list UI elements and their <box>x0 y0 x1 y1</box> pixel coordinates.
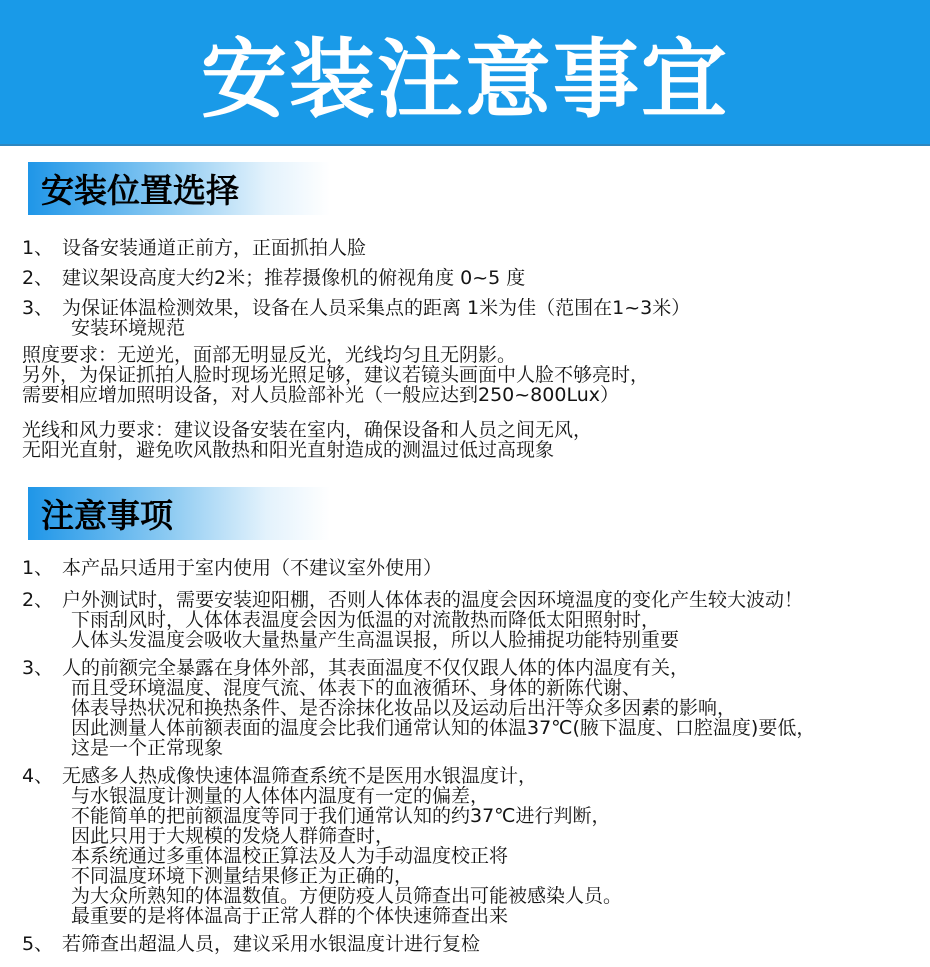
item-number: 5、 <box>22 934 62 954</box>
text-line: 安装环境规范 <box>62 318 690 338</box>
text-line: 为大众所熟知的体温数值。方便防疫人员筛查出可能被感染人员。 <box>62 886 622 906</box>
light-wind-requirements-paragraph: 光线和风力要求：建议设备安装在室内，确保设备和人员之间无风， 无阳光直射，避免吹… <box>22 420 930 460</box>
item-number: 3、 <box>22 658 62 758</box>
text-line: 建议架设高度大约2米；推荐摄像机的俯视角度 0~5 度 <box>62 268 525 288</box>
section-header-precautions: 注意事项 <box>28 487 346 540</box>
list-item: 4、 无感多人热成像快速体温筛查系统不是医用水银温度计， 与水银温度计测量的人体… <box>22 766 930 926</box>
list-item: 2、 建议架设高度大约2米；推荐摄像机的俯视角度 0~5 度 <box>22 268 930 288</box>
text-line: 下雨刮风时，人体体表温度会因为低温的对流散热而降低太阳照射时， <box>62 610 803 630</box>
text-line: 照度要求：无逆光，面部无明显反光，光线均匀且无阴影。 <box>22 345 930 365</box>
item-number: 2、 <box>22 590 62 650</box>
item-lines: 为保证体温检测效果，设备在人员采集点的距离 1米为佳（范围在1~3米） 安装环境… <box>62 298 690 338</box>
text-line: 不能简单的把前额温度等同于我们通常认知的约37℃进行判断， <box>62 806 622 826</box>
page-title: 安装注意事宜 <box>201 10 729 134</box>
list-item: 5、 若筛查出超温人员，建议采用水银温度计进行复检 <box>22 934 930 954</box>
text-line: 体表导热状况和换热条件、是否涂抹化妆品以及运动后出汗等众多因素的影响， <box>62 698 815 718</box>
top-banner: 安装注意事宜 <box>0 0 930 146</box>
text-line: 另外，为保证抓拍人脸时现场光照足够，建议若镜头画面中人脸不够亮时， <box>22 365 930 385</box>
illuminance-requirements-paragraph: 照度要求：无逆光，面部无明显反光，光线均匀且无阴影。 另外，为保证抓拍人脸时现场… <box>22 345 930 405</box>
text-line: 若筛查出超温人员，建议采用水银温度计进行复检 <box>62 934 480 954</box>
precautions-list: 1、 本产品只适用于室内使用（不建议室外使用） 2、 户外测试时，需要安装迎阳棚… <box>22 558 930 954</box>
list-item: 3、 人的前额完全暴露在身体外部，其表面温度不仅仅跟人体的体内温度有关， 而且受… <box>22 658 930 758</box>
item-lines: 若筛查出超温人员，建议采用水银温度计进行复检 <box>62 934 480 954</box>
section-header-install-position-label: 安装位置选择 <box>41 165 239 212</box>
text-line: 最重要的是将体温高于正常人群的个体快速筛查出来 <box>62 906 622 926</box>
section-header-install-position: 安装位置选择 <box>28 162 346 215</box>
text-line: 而且受环境温度、混度气流、体表下的血液循环、身体的新陈代谢、 <box>62 678 815 698</box>
text-line: 与水银温度计测量的人体体内温度有一定的偏差， <box>62 786 622 806</box>
item-number: 2、 <box>22 268 62 288</box>
text-line: 人体头发温度会吸收大量热量产生高温误报，所以人脸捕捉功能特别重要 <box>62 630 803 650</box>
text-line: 为保证体温检测效果，设备在人员采集点的距离 1米为佳（范围在1~3米） <box>62 298 690 318</box>
item-lines: 人的前额完全暴露在身体外部，其表面温度不仅仅跟人体的体内温度有关， 而且受环境温… <box>62 658 815 758</box>
item-lines: 本产品只适用于室内使用（不建议室外使用） <box>62 558 442 578</box>
text-line: 无感多人热成像快速体温筛查系统不是医用水银温度计， <box>62 766 622 786</box>
install-position-list: 1、 设备安装通道正前方，正面抓拍人脸 2、 建议架设高度大约2米；推荐摄像机的… <box>22 238 930 460</box>
section-header-precautions-label: 注意事项 <box>41 490 173 537</box>
item-lines: 无感多人热成像快速体温筛查系统不是医用水银温度计， 与水银温度计测量的人体体内温… <box>62 766 622 926</box>
item-number: 1、 <box>22 238 62 258</box>
item-number: 1、 <box>22 558 62 578</box>
text-line: 无阳光直射，避免吹风散热和阳光直射造成的测温过低过高现象 <box>22 440 930 460</box>
text-line: 这是一个正常现象 <box>62 738 815 758</box>
item-number: 3、 <box>22 298 62 338</box>
text-line: 不同温度环境下测量结果修正为正确的， <box>62 866 622 886</box>
list-item: 3、 为保证体温检测效果，设备在人员采集点的距离 1米为佳（范围在1~3米） 安… <box>22 298 930 338</box>
text-line: 设备安装通道正前方，正面抓拍人脸 <box>62 238 366 258</box>
item-lines: 建议架设高度大约2米；推荐摄像机的俯视角度 0~5 度 <box>62 268 525 288</box>
text-line: 需要相应增加照明设备，对人员脸部补光（一般应达到250~800Lux） <box>22 385 930 405</box>
text-line: 因此只用于大规模的发烧人群筛查时， <box>62 826 622 846</box>
item-lines: 设备安装通道正前方，正面抓拍人脸 <box>62 238 366 258</box>
text-line: 本系统通过多重体温校正算法及人为手动温度校正将 <box>62 846 622 866</box>
text-line: 因此测量人体前额表面的温度会比我们通常认知的体温37℃(腋下温度、口腔温度)要低… <box>62 718 815 738</box>
text-line: 人的前额完全暴露在身体外部，其表面温度不仅仅跟人体的体内温度有关， <box>62 658 815 678</box>
list-item: 2、 户外测试时，需要安装迎阳棚，否则人体体表的温度会因环境温度的变化产生较大波… <box>22 590 930 650</box>
text-line: 户外测试时，需要安装迎阳棚，否则人体体表的温度会因环境温度的变化产生较大波动！ <box>62 590 803 610</box>
item-lines: 户外测试时，需要安装迎阳棚，否则人体体表的温度会因环境温度的变化产生较大波动！ … <box>62 590 803 650</box>
text-line: 本产品只适用于室内使用（不建议室外使用） <box>62 558 442 578</box>
list-item: 1、 设备安装通道正前方，正面抓拍人脸 <box>22 238 930 258</box>
text-line: 光线和风力要求：建议设备安装在室内，确保设备和人员之间无风， <box>22 420 930 440</box>
item-number: 4、 <box>22 766 62 926</box>
list-item: 1、 本产品只适用于室内使用（不建议室外使用） <box>22 558 930 578</box>
